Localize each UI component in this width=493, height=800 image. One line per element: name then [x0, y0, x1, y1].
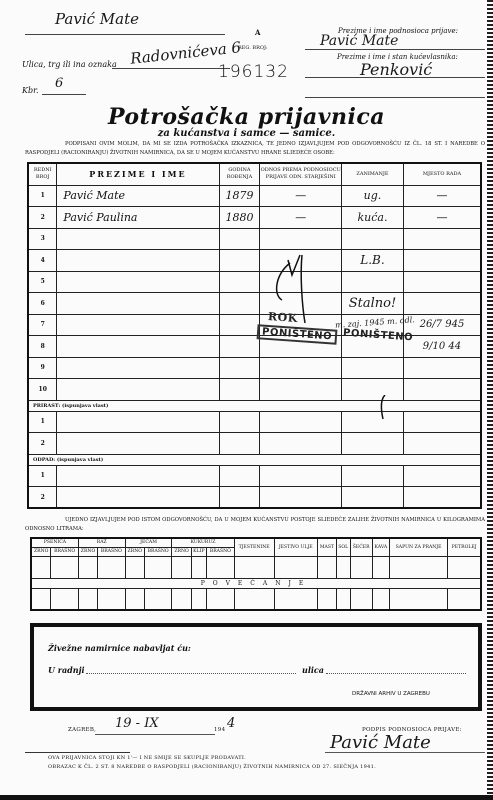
- occupation: ug.: [364, 189, 382, 202]
- col-mast: MAST: [317, 538, 336, 556]
- date-value: 19 - IX: [115, 716, 159, 731]
- name-line: [25, 34, 225, 35]
- person-name: Pavić Mate: [57, 189, 218, 202]
- workplace: —: [436, 211, 447, 224]
- col-raz: RAŽ: [78, 538, 125, 547]
- row-no: 2: [28, 487, 57, 509]
- sub-zrno: ZRNO: [31, 547, 51, 556]
- sub-zrno: ZRNO: [172, 547, 191, 556]
- signature: Pavić Mate: [330, 732, 431, 753]
- sub-brasno: BRAŠNO: [207, 547, 235, 556]
- supplies-group-row: PŠENICA RAŽ JEČAM KUKURUZ TJESTENINE JES…: [31, 538, 481, 547]
- row-no: 10: [28, 379, 57, 401]
- street-label: Ulica, trg ili ina oznaka: [22, 60, 117, 69]
- shop-label: U radnji: [48, 665, 85, 675]
- occupation: Stalno!: [349, 296, 396, 311]
- reg-label: REG. BROJ:: [238, 45, 267, 51]
- street-field[interactable]: [326, 673, 466, 674]
- odpad-label: ODPAD: (ispunjava vlast): [28, 454, 481, 465]
- owner-line: [305, 77, 485, 78]
- form-subtitle: za kućanstva i samce — samice.: [0, 128, 493, 139]
- relation: —: [295, 211, 306, 224]
- birth-year: 1880: [225, 211, 253, 224]
- col-workplace: MJESTO RADA: [403, 163, 481, 185]
- increase-row: POVEĆANJE: [31, 578, 481, 588]
- sub-brasno: BRAŠNO: [144, 547, 172, 556]
- row-no: 1: [28, 185, 57, 207]
- date-line: [95, 734, 215, 735]
- form-letter: A: [255, 28, 260, 37]
- signature-line: [325, 752, 485, 753]
- occupation: kuća.: [357, 211, 387, 224]
- row-no: 3: [28, 228, 57, 250]
- handwritten-stroke: [375, 395, 395, 420]
- sub-brasno: BRAŠNO: [98, 547, 126, 556]
- applicant-line: [305, 49, 485, 50]
- odpad-row: 2: [28, 487, 481, 509]
- sub-zrno: ZRNO: [125, 547, 144, 556]
- workplace: 9/10 44: [423, 341, 461, 352]
- birth-year: 1879: [225, 189, 253, 202]
- prirast-section-row: PRIRAST: (ispunjava vlast): [28, 400, 481, 411]
- row-no: 2: [28, 433, 57, 455]
- table-row: 6Stalno!: [28, 293, 481, 315]
- workplace: —: [436, 189, 447, 202]
- shop-field[interactable]: [86, 673, 296, 674]
- row-no: 5: [28, 271, 57, 293]
- col-year: GODINA ROĐENJA: [219, 163, 260, 185]
- table-row: 2 Pavić Paulina 1880 — kuća. —: [28, 207, 481, 229]
- col-ulje: JESTIVO ULJE: [274, 538, 317, 556]
- col-kava: KAVA: [372, 538, 389, 556]
- col-sapun: SAPUN ZA PRANJE: [389, 538, 447, 556]
- year-suffix: 4: [227, 716, 235, 731]
- col-name: PREZIME I IME: [57, 163, 219, 185]
- street-line: [112, 68, 230, 69]
- col-sol: SOL: [336, 538, 350, 556]
- table-row: 4L.B.: [28, 250, 481, 272]
- col-no: REDNI BROJ: [28, 163, 57, 185]
- row-no: 2: [28, 207, 57, 229]
- col-jecam: JEČAM: [125, 538, 172, 547]
- declaration-text: UJEDNO IZJAVLJUJEM POD ISTOM ODGOVORNOŠĆ…: [25, 516, 485, 534]
- prirast-row: 2: [28, 433, 481, 455]
- increase-value-row: [31, 588, 481, 610]
- col-psenica: PŠENICA: [31, 538, 78, 547]
- col-petrolej: PETROLEJ: [448, 538, 481, 556]
- footer-note1: OVA PRIJAVNICA STOJI KN 1'— I NE SMIJE S…: [48, 755, 246, 761]
- odpad-section-row: ODPAD: (ispunjava vlast): [28, 454, 481, 465]
- supply-line1: Živežne namirnice nabavljat ću:: [48, 643, 191, 653]
- footer-note2: OBRAZAC K ČL. 2 ST. 8 NAREDBE O RASPODJE…: [48, 764, 376, 770]
- house-no-label: Kbr.: [22, 86, 39, 95]
- col-secer: ŠEĆER: [350, 538, 372, 556]
- relation: —: [295, 189, 306, 202]
- table-row: 10: [28, 379, 481, 401]
- footer-rule: [25, 752, 130, 753]
- persons-header-row: REDNI BROJ PREZIME I IME GODINA ROĐENJA …: [28, 163, 481, 185]
- increase-label: POVEĆANJE: [31, 578, 481, 588]
- row-no: 1: [28, 465, 57, 487]
- col-tjestenine: TJESTENINE: [234, 538, 274, 556]
- year-prefix: 194: [214, 727, 225, 733]
- row-no: 8: [28, 336, 57, 358]
- row-no: 4: [28, 250, 57, 272]
- form-title: Potrošačka prijavnica: [0, 104, 493, 130]
- prirast-label: PRIRAST: (ispunjava vlast): [28, 400, 481, 411]
- sub-zrno: ZRNO: [78, 547, 97, 556]
- house-no-line: [42, 94, 86, 95]
- row-no: 7: [28, 314, 57, 336]
- table-row: 9: [28, 357, 481, 379]
- col-kukuruz: KUKURUZ: [172, 538, 234, 547]
- row-no: 6: [28, 293, 57, 315]
- row-no: 1: [28, 411, 57, 433]
- sub-brasno: BRAŠNO: [51, 547, 79, 556]
- col-occupation: ZANIMANJE: [342, 163, 404, 185]
- sub-klip: KLIP: [191, 547, 206, 556]
- archive-stamp: DRŽAVNI ARHIV U ZAGREBU: [352, 691, 430, 697]
- applicant-value: Pavić Mate: [320, 33, 398, 49]
- city-label: ZAGREB,: [68, 727, 96, 733]
- col-relation: ODNOS PREMA PODNOSIOCU PRIJAVE ODN. STAR…: [260, 163, 342, 185]
- rok-stamp: ROK: [265, 310, 302, 325]
- workplace: 26/7 945: [420, 319, 465, 330]
- supplies-table: PŠENICA RAŽ JEČAM KUKURUZ TJESTENINE JES…: [30, 537, 482, 611]
- prirast-row: 1: [28, 411, 481, 433]
- table-row: 1 Pavić Mate 1879 — ug. —: [28, 185, 481, 207]
- row-no: 9: [28, 357, 57, 379]
- table-row: 3: [28, 228, 481, 250]
- reg-number: 196132: [218, 62, 289, 82]
- supply-box: Živežne namirnice nabavljat ću: U radnji…: [30, 623, 482, 711]
- odpad-row: 1: [28, 465, 481, 487]
- person-name: Pavić Paulina: [57, 211, 218, 224]
- street-field-label: ulica: [302, 665, 324, 675]
- owner-line-2: [305, 97, 485, 98]
- intro-text: PODPISANI OVIM MOLIM, DA MI SE IZDA POTR…: [25, 140, 485, 158]
- scan-edge-bottom: [0, 795, 493, 800]
- name-handwritten: Pavić Mate: [55, 10, 139, 28]
- occupation: L.B.: [360, 253, 384, 267]
- house-no-value: 6: [55, 76, 63, 91]
- table-row: 5: [28, 271, 481, 293]
- supplies-value-row: [31, 556, 481, 578]
